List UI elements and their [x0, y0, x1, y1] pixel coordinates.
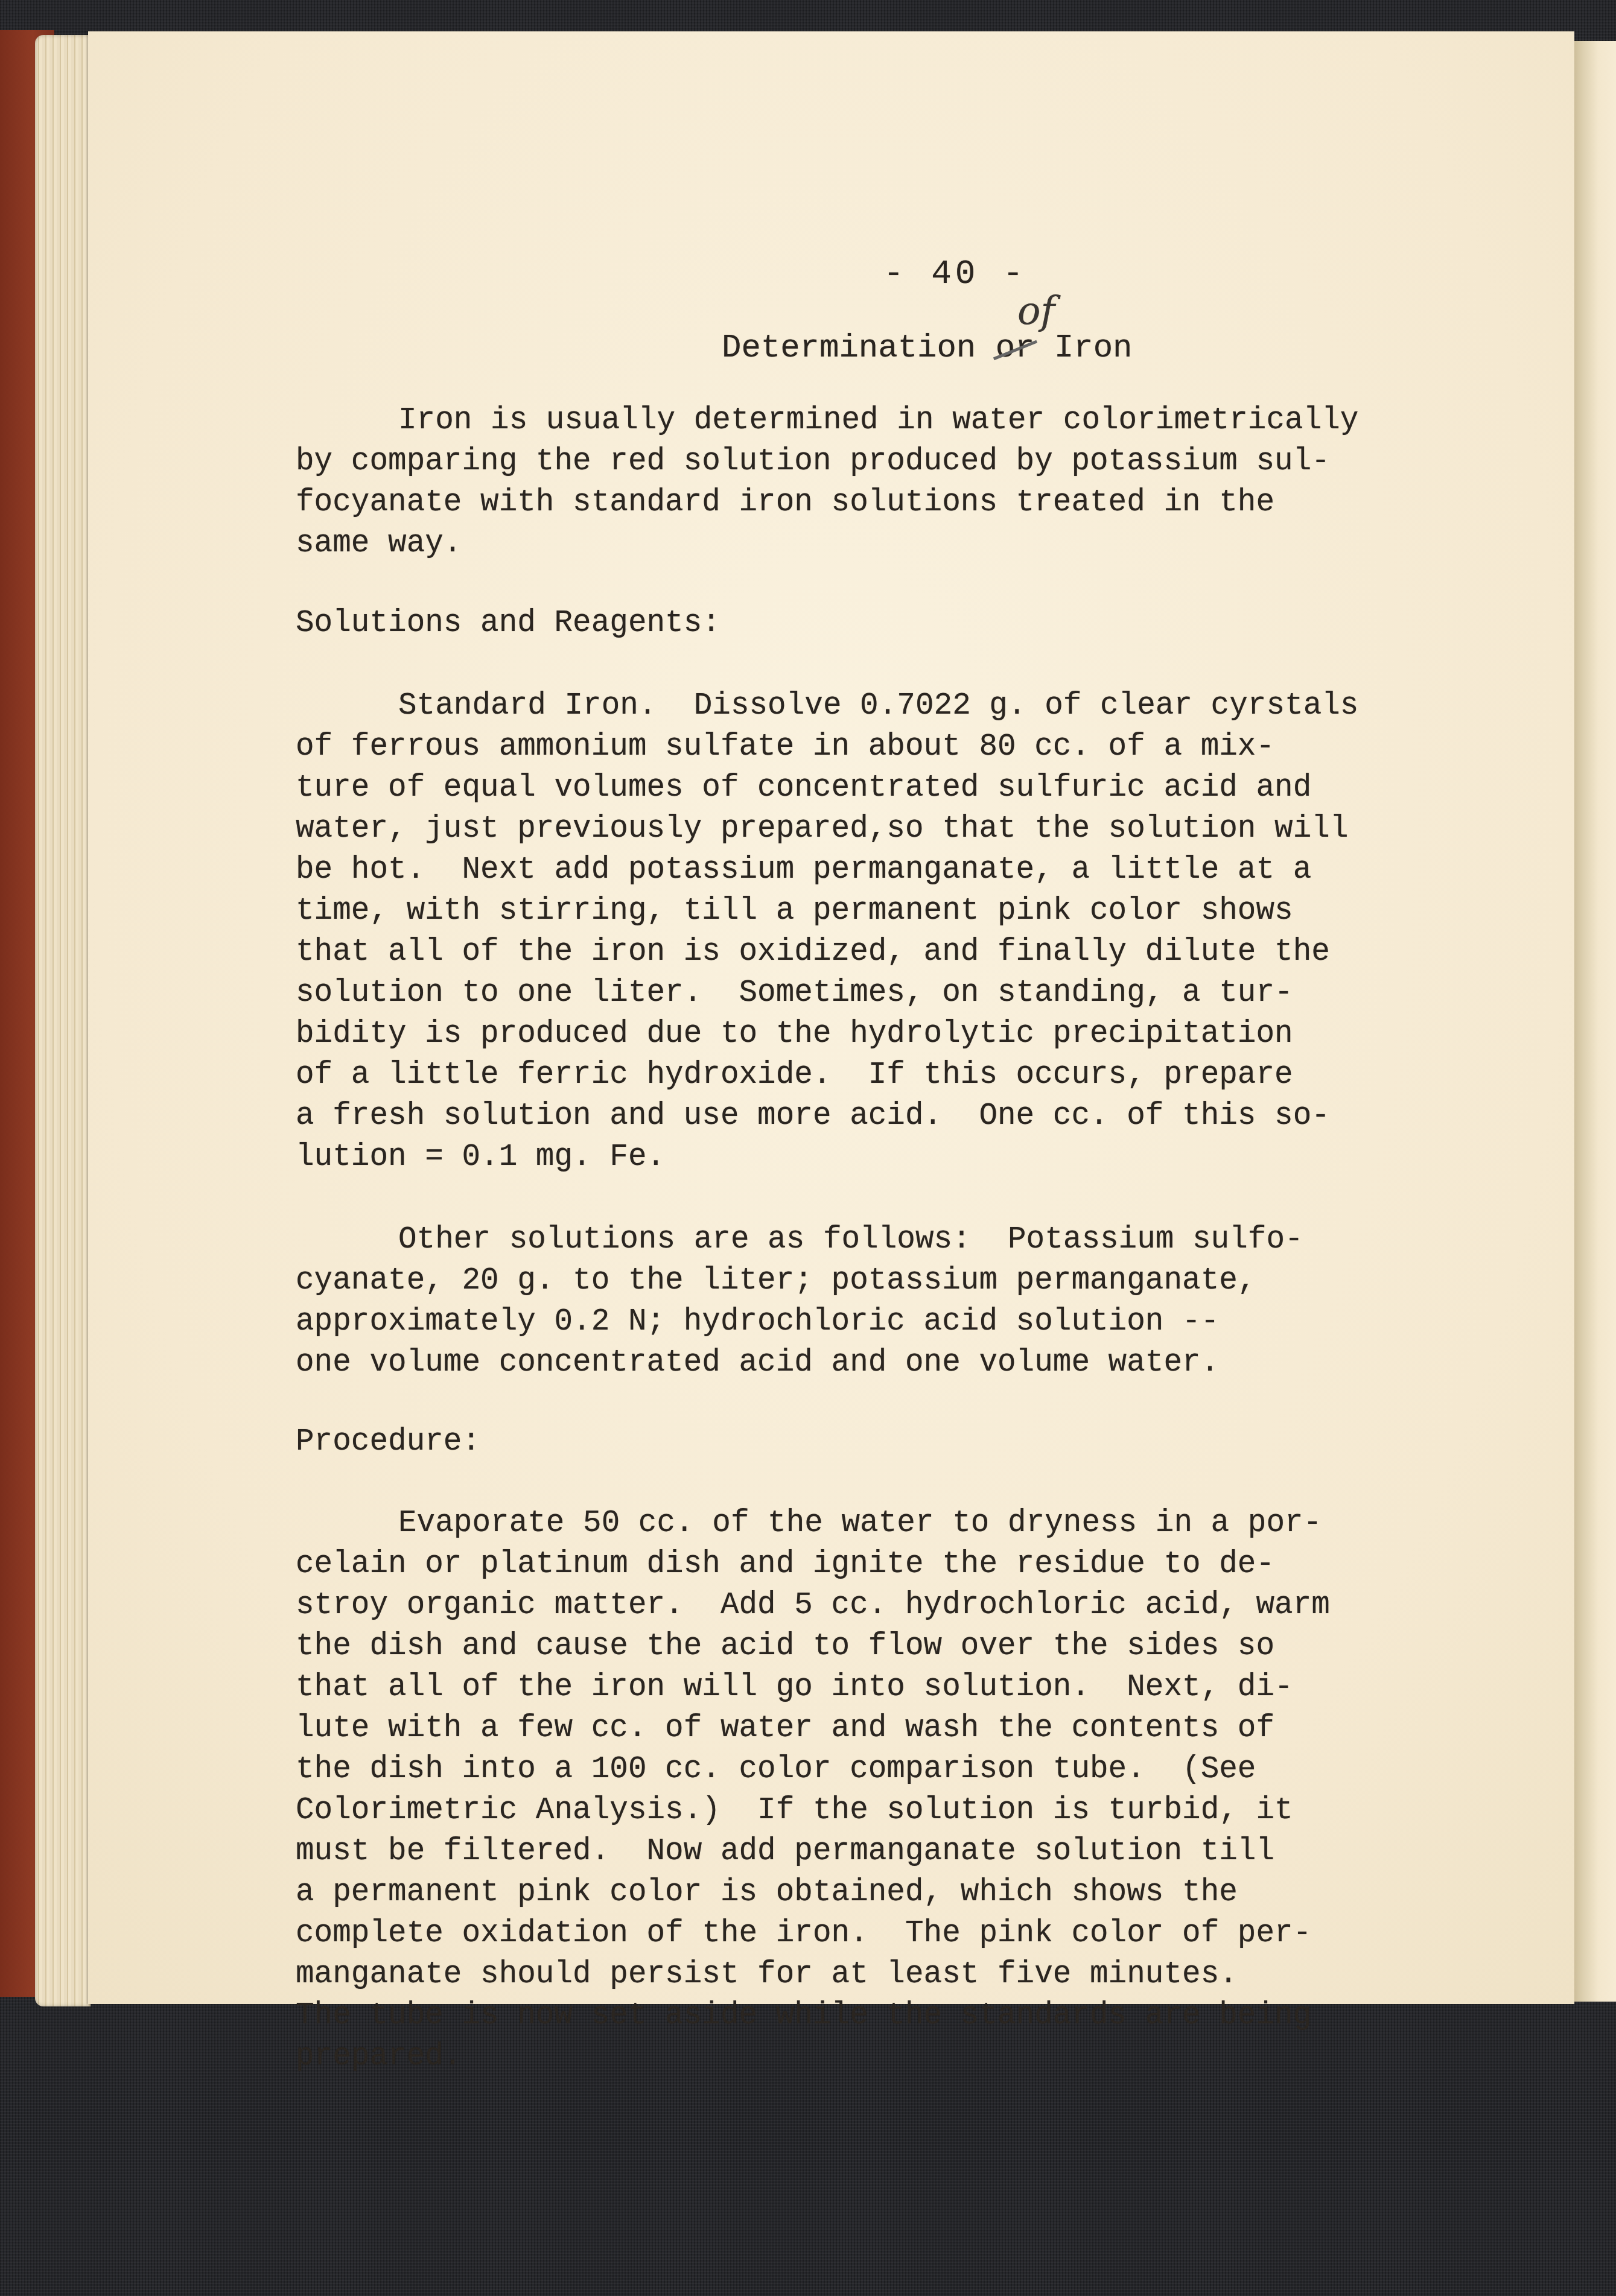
paragraph-line: cyanate, 20 g. to the liter; potassium p… — [296, 1261, 1256, 1302]
paragraph-line: time, with stirring, till a permanent pi… — [296, 891, 1293, 932]
paragraph-line: one volume concentrated acid and one vol… — [296, 1343, 1219, 1384]
paragraph-line: lute with a few cc. of water and wash th… — [296, 1708, 1274, 1749]
paragraph-line: solution to one liter. Sometimes, on sta… — [296, 973, 1293, 1014]
paragraph-line: Colorimetric Analysis.) If the solution … — [296, 1790, 1293, 1831]
paragraph-line: Standard Iron. Dissolve 0.7022 g. of cle… — [398, 686, 1358, 727]
paragraph-line: that all of the iron is oxidized, and fi… — [296, 932, 1330, 973]
paragraph-line: a fresh solution and use more acid. One … — [296, 1096, 1330, 1137]
handwritten-insertion: of — [1017, 291, 1055, 332]
paragraph-line: prepared. — [296, 2037, 462, 2078]
paragraph-line: approximately 0.2 N; hydrochloric acid s… — [296, 1302, 1219, 1343]
paragraph-line: stroy organic matter. Add 5 cc. hydrochl… — [296, 1585, 1330, 1626]
paragraph-line: same way. — [296, 524, 462, 565]
paragraph-line: must be filtered. Now add permanganate s… — [296, 1831, 1274, 1873]
paragraph-line: bidity is produced due to the hydrolytic… — [296, 1014, 1293, 1055]
paragraph-line: focyanate with standard iron solutions t… — [296, 483, 1274, 524]
book-gutter — [1572, 41, 1616, 2002]
page-number: - 40 - — [883, 253, 1027, 294]
section-heading-solutions: Solutions and Reagents: — [296, 603, 721, 644]
title-prefix: Determination — [722, 330, 996, 367]
paragraph-line: water, just previously prepared,so that … — [296, 809, 1348, 850]
paragraph-line: Evaporate 50 cc. of the water to dryness… — [398, 1503, 1322, 1544]
struck-word: or — [996, 328, 1035, 369]
paragraph-line: lution = 0.1 mg. Fe. — [296, 1137, 665, 1178]
paragraph-line: The tube is now set aside while the stan… — [296, 1996, 1311, 2037]
paragraph-line: a permanent pink color is obtained, whic… — [296, 1873, 1238, 1914]
book-page: - 40 - Determination or Iron of Iron is … — [88, 31, 1574, 2004]
paragraph-line: ture of equal volumes of concentrated su… — [296, 768, 1311, 809]
page-title: Determination or Iron — [722, 328, 1133, 369]
paragraph-line: of a little ferric hydroxide. If this oc… — [296, 1055, 1293, 1096]
paragraph-line: celain or platinum dish and ignite the r… — [296, 1544, 1274, 1585]
paragraph-line: Other solutions are as follows: Potassiu… — [398, 1220, 1303, 1261]
title-suffix: Iron — [1035, 330, 1133, 367]
paragraph-line: be hot. Next add potassium permanganate,… — [296, 850, 1311, 891]
paragraph-line: the dish and cause the acid to flow over… — [296, 1626, 1274, 1667]
paragraph-line: manganate should persist for at least fi… — [296, 1955, 1238, 1996]
paragraph-line: Iron is usually determined in water colo… — [398, 401, 1358, 442]
page-stack-edge — [35, 35, 91, 2006]
section-heading-procedure: Procedure: — [296, 1422, 480, 1463]
paragraph-line: complete oxidation of the iron. The pink… — [296, 1914, 1311, 1955]
paragraph-line: of ferrous ammonium sulfate in about 80 … — [296, 727, 1274, 768]
paragraph-line: by comparing the red solution produced b… — [296, 442, 1330, 483]
paragraph-line: the dish into a 100 cc. color comparison… — [296, 1749, 1256, 1790]
paragraph-line: that all of the iron will go into soluti… — [296, 1667, 1293, 1708]
